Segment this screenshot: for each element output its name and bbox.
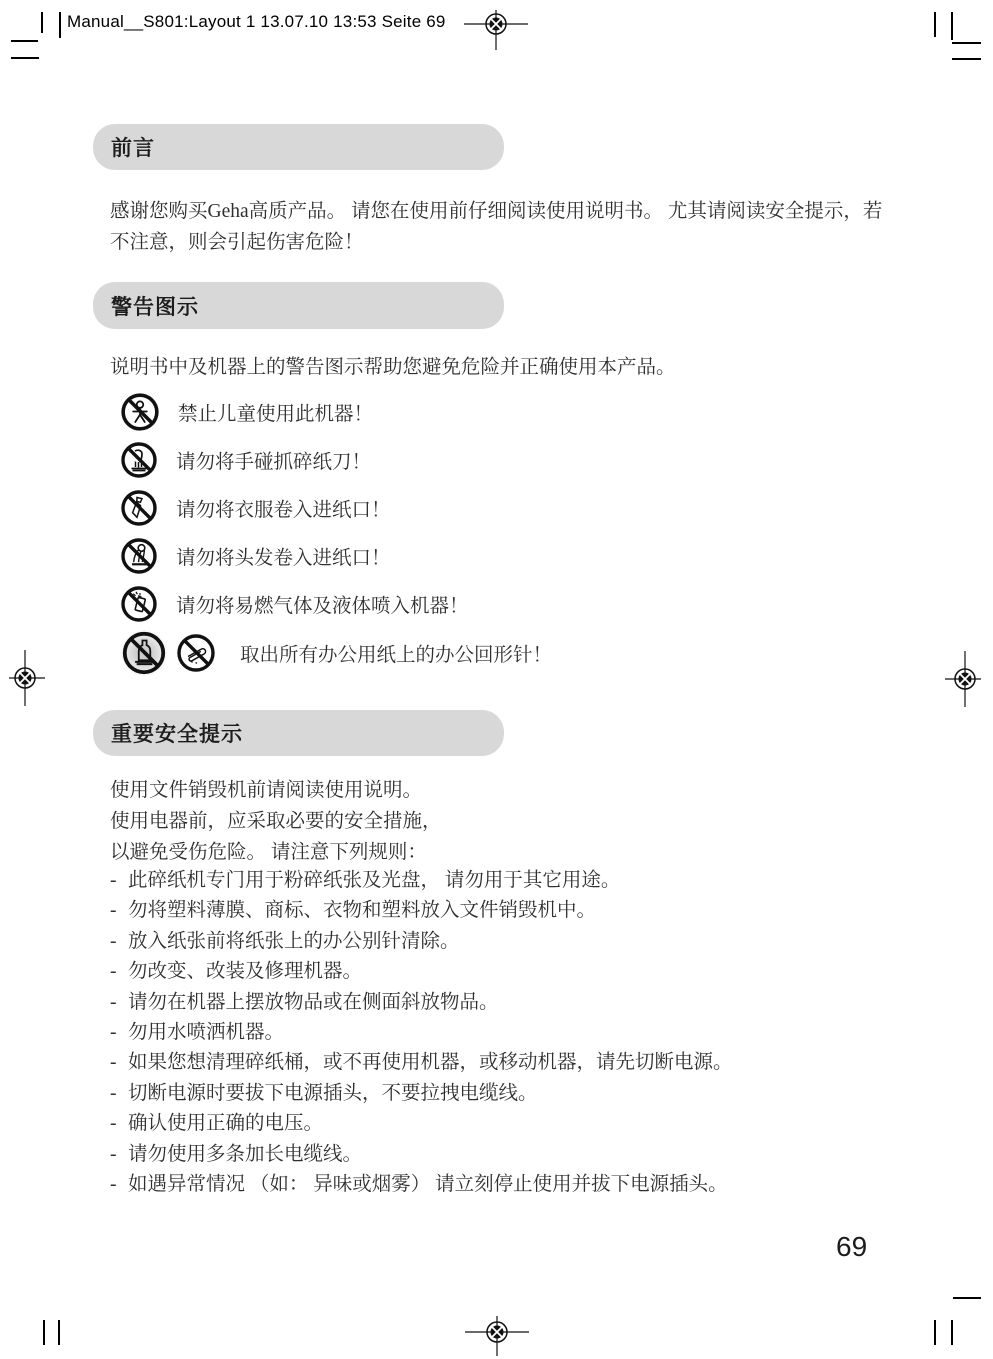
section-title: 前言 [111,132,155,162]
warning-row: 请勿将头发卷入进纸口！ [120,532,880,580]
warning-text: 请勿将衣服卷入进纸口！ [176,494,391,522]
icon-halo [120,629,168,677]
safety-rule: 勿将塑料薄膜、商标、衣物和塑料放入文件销毁机中。 [110,896,733,926]
crop-mark [934,1320,936,1345]
warning-row: 请勿将手碰抓碎纸刀！ [120,436,880,484]
warning-row: 取出所有办公用纸上的办公回形针！ [120,628,880,678]
paragraph-line: 使用文件销毁机前请阅读使用说明。 [110,775,442,806]
page-number: 69 [836,1231,867,1263]
crop-mark [953,1297,981,1299]
section-header-safety: 重要安全提示 [93,710,504,756]
crop-mark [43,1320,45,1345]
registration-mark-bottom [459,1304,535,1359]
safety-rule: 勿改变、改装及修理机器。 [110,957,733,987]
safety-rule: 切断电源时要拔下电源插头，不要拉拽电缆线。 [110,1079,733,1109]
crop-mark [41,12,43,33]
no-clothes-icon [120,489,158,527]
registration-mark-left [0,648,53,708]
warning-text: 请勿将头发卷入进纸口！ [176,542,391,570]
section-header-foreword: 前言 [93,124,504,170]
safety-rule: 请勿在机器上摆放物品或在侧面斜放物品。 [110,988,733,1018]
crop-mark [951,12,953,40]
warning-text: 请勿将易燃气体及液体喷入机器！ [176,590,469,618]
crop-mark [934,12,936,37]
safety-rule: 如遇异常情况 （如： 异味或烟雾） 请立刻停止使用并拔下电源插头。 [110,1170,733,1200]
safety-rule: 如果您想清理碎纸桶，或不再使用机器，或移动机器，请先切断电源。 [110,1048,733,1078]
warning-row: 禁止儿童使用此机器！ [120,388,880,436]
crop-mark [58,1320,60,1345]
crop-mark [951,1320,953,1345]
safety-intro: 使用文件销毁机前请阅读使用说明。 使用电器前，应采取必要的安全措施， 以避免受伤… [110,775,442,868]
no-paperclip-icon [176,633,216,673]
warning-row: 请勿将衣服卷入进纸口！ [120,484,880,532]
warning-row: 请勿将易燃气体及液体喷入机器！ [120,580,880,628]
safety-rule: 确认使用正确的电压。 [110,1109,733,1139]
crop-mark [952,42,981,44]
paragraph-line: 以避免受伤危险。 请注意下列规则： [110,837,442,868]
safety-rules-list: 此碎纸机专门用于粉碎纸张及光盘， 请勿用于其它用途。 勿将塑料薄膜、商标、衣物和… [110,866,733,1200]
crop-mark [11,57,39,59]
paragraph-line: 感谢您购买Geha高质产品。 请您在使用前仔细阅读使用说明书。 尤其请阅读安全提… [110,196,882,227]
safety-rule: 请勿使用多条加长电缆线。 [110,1140,733,1170]
warning-list: 禁止儿童使用此机器！ 请勿将手碰抓碎纸刀！ 请勿将衣服卷入进纸口！ [120,388,880,678]
warning-text: 取出所有办公用纸上的办公回形针！ [240,639,552,667]
foreword-paragraph: 感谢您购买Geha高质产品。 请您在使用前仔细阅读使用说明书。 尤其请阅读安全提… [110,196,882,258]
section-title: 重要安全提示 [111,718,243,748]
slug-divider-line [59,12,61,38]
print-slug-text: Manual__S801:Layout 1 13.07.10 13:53 Sei… [67,12,446,32]
warning-text: 请勿将手碰抓碎纸刀！ [176,446,371,474]
no-children-icon [120,392,160,432]
no-hand-icon [120,441,158,479]
crop-mark [952,58,981,60]
no-liquids-icon [121,630,167,676]
section-header-warning-icons: 警告图示 [93,282,504,329]
no-hair-icon [120,537,158,575]
registration-mark-top [458,0,534,52]
manual-page: Manual__S801:Layout 1 13.07.10 13:53 Sei… [0,0,993,1359]
paragraph-line: 使用电器前，应采取必要的安全措施， [110,806,442,837]
section-title: 警告图示 [111,291,199,321]
safety-rule: 放入纸张前将纸张上的办公别针清除。 [110,927,733,957]
paragraph-line: 说明书中及机器上的警告图示帮助您避免危险并正确使用本产品。 [110,352,676,383]
warning-text: 禁止儿童使用此机器！ [178,398,373,426]
warning-intro: 说明书中及机器上的警告图示帮助您避免危险并正确使用本产品。 [110,352,676,383]
safety-rule: 此碎纸机专门用于粉碎纸张及光盘， 请勿用于其它用途。 [110,866,733,896]
registration-mark-right [937,649,993,709]
crop-mark [11,40,38,42]
safety-rule: 勿用水喷洒机器。 [110,1018,733,1048]
paragraph-line: 不注意，则会引起伤害危险！ [110,227,882,258]
no-spray-icon [120,585,158,623]
